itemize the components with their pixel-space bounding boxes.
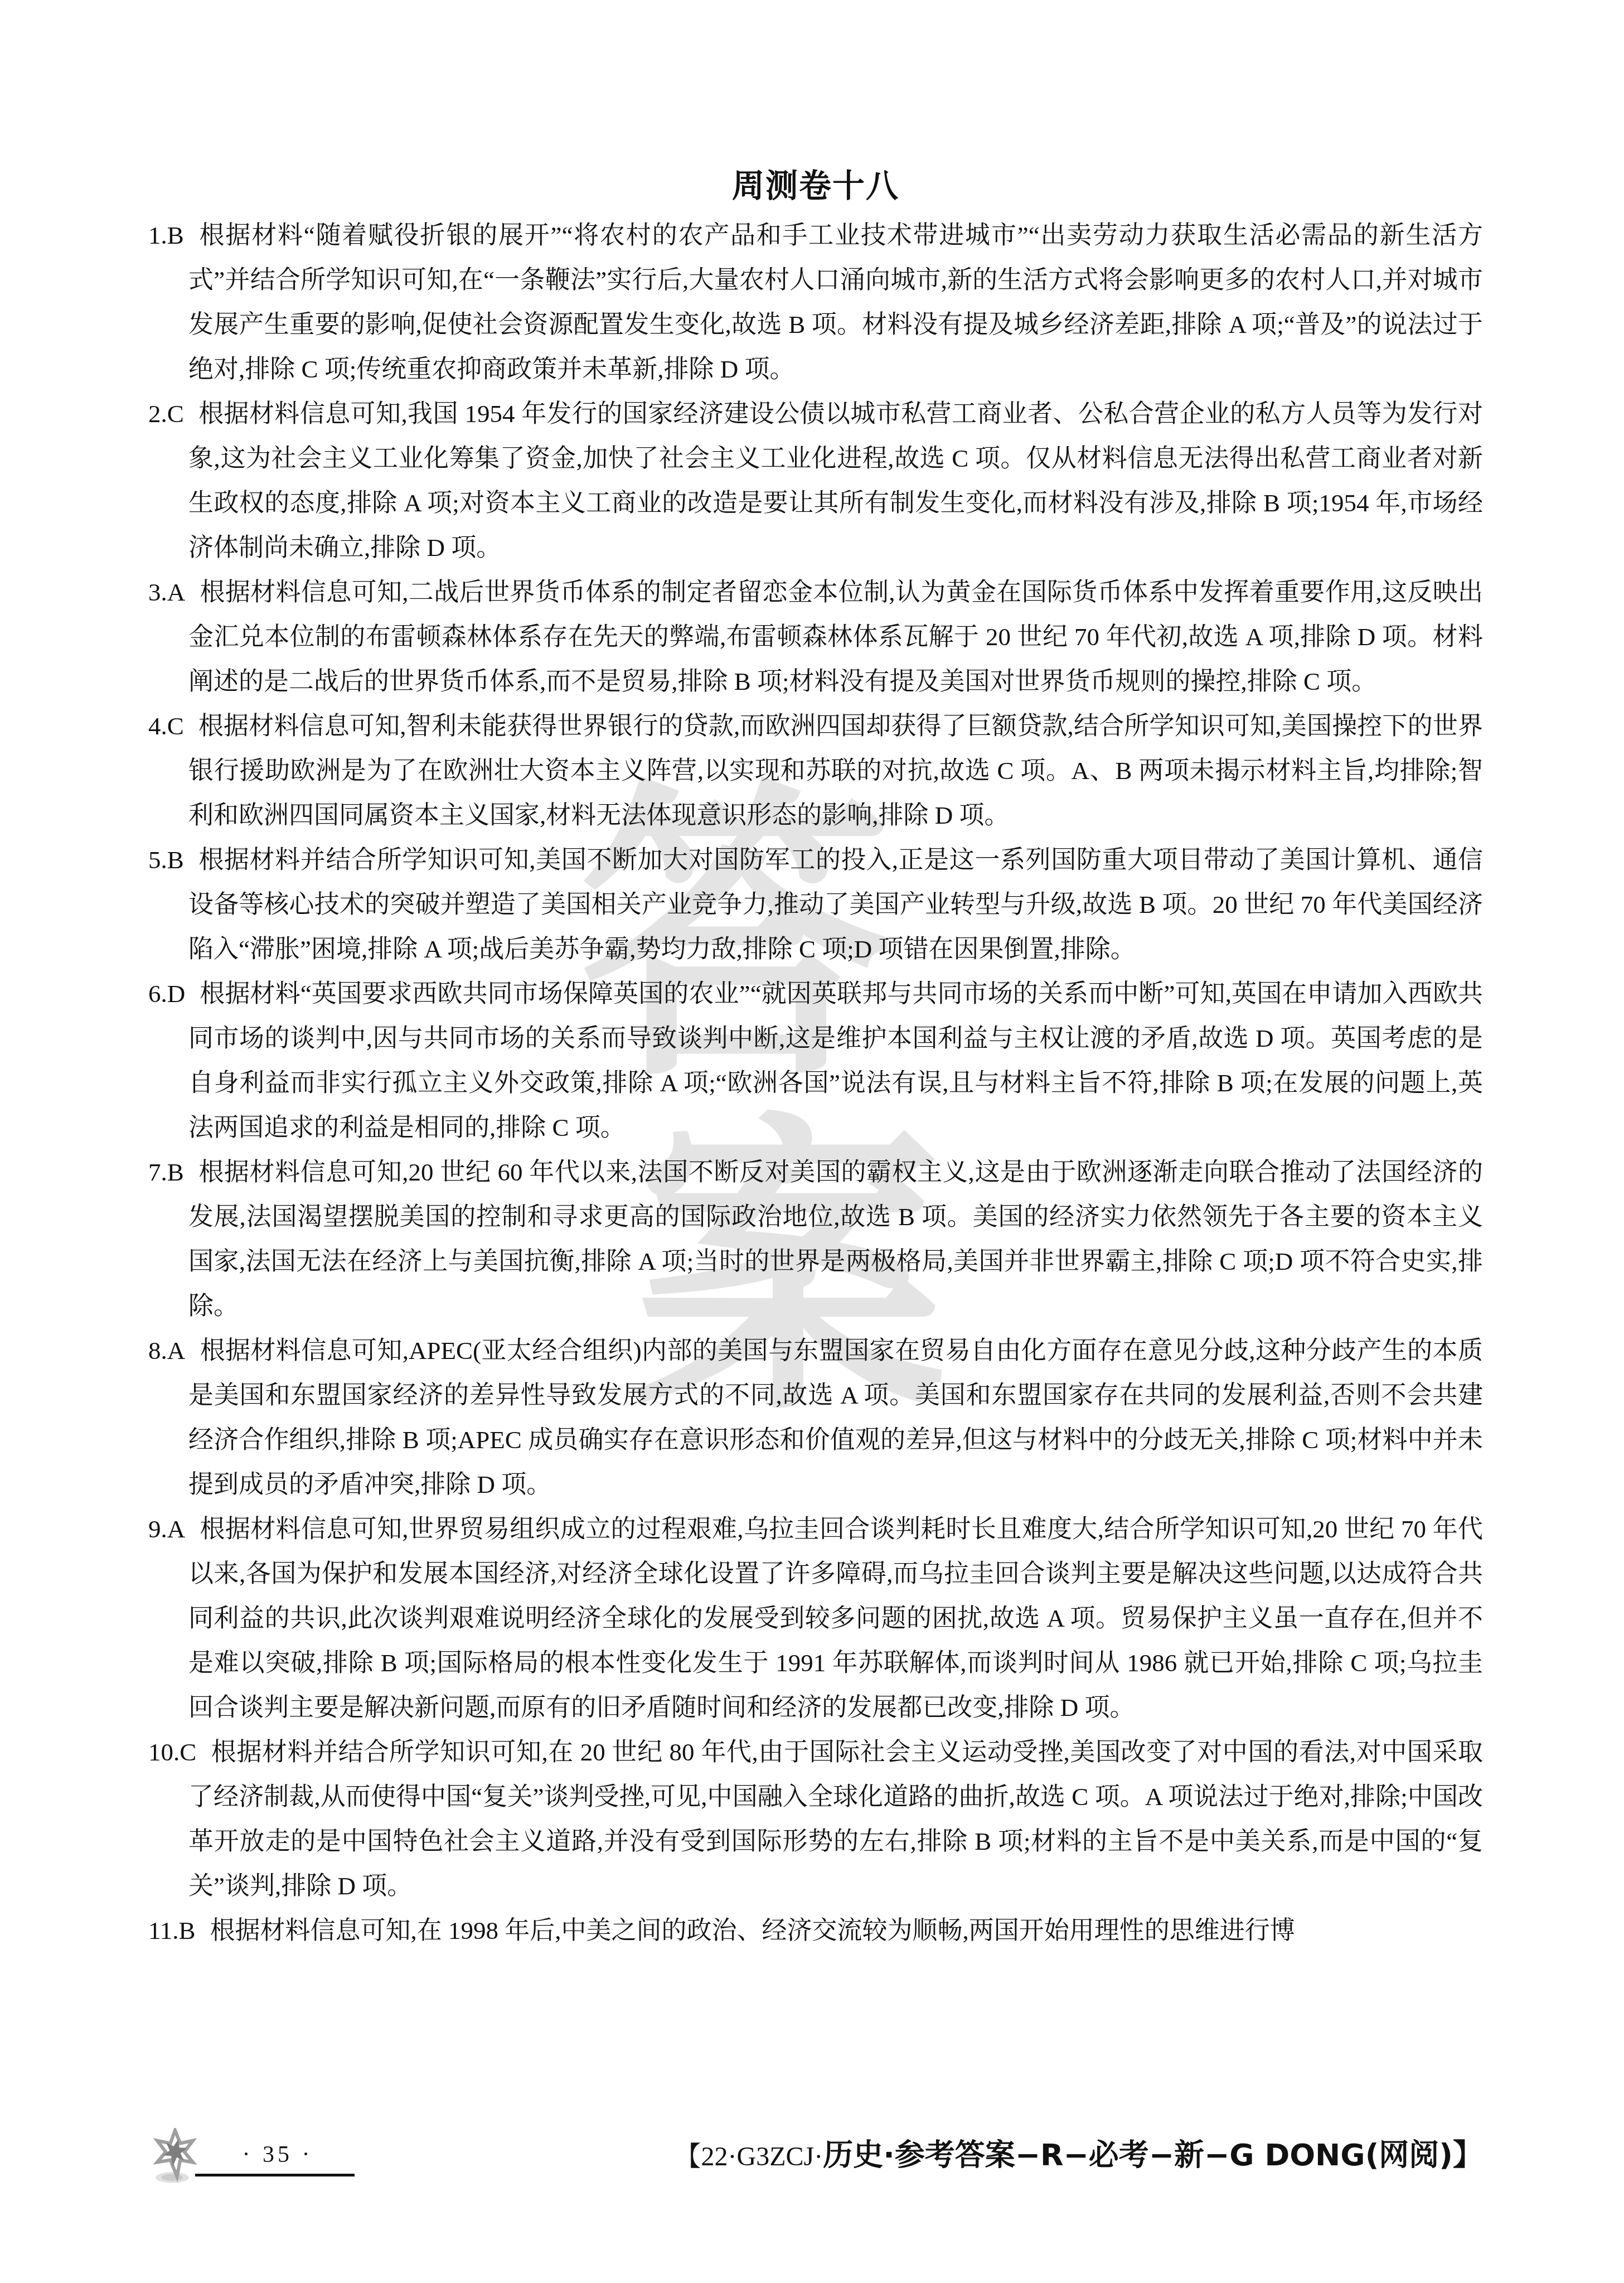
answer-item: 2.C根据材料信息可知,我国 1954 年发行的国家经济建设公债以城市私营工商业…: [148, 391, 1483, 570]
answer-number: 1.B: [148, 221, 184, 249]
answer-item: 4.C根据材料信息可知,智利未能获得世界银行的贷款,而欧洲四国却获得了巨额贷款,…: [148, 704, 1483, 838]
answer-item: 7.B根据材料信息可知,20 世纪 60 年代以来,法国不断反对美国的霸权主义,…: [148, 1150, 1483, 1328]
answer-item: 5.B根据材料并结合所学知识可知,美国不断加大对国防军工的投入,正是这一系列国防…: [148, 838, 1483, 971]
answer-item: 11.B根据材料信息可知,在 1998 年后,中美之间的政治、经济交流较为顺畅,…: [148, 1908, 1483, 1953]
answer-text: 根据材料“随着赋役折银的展开”“将农村的农产品和手工业技术带进城市”“出卖劳动力…: [188, 221, 1483, 383]
page-title: 周测卷十八: [148, 159, 1483, 206]
star-icon: [151, 2128, 200, 2184]
answer-text: 根据材料并结合所学知识可知,美国不断加大对国防军工的投入,正是这一系列国防重大项…: [188, 846, 1483, 963]
publication-code: 【22·G3ZCJ·: [675, 2142, 823, 2171]
answer-text: 根据材料信息可知,世界贸易组织成立的过程艰难,乌拉圭回合谈判耗时长且难度大,结合…: [188, 1515, 1483, 1721]
publication-title: 历史·参考答案−R−必考−新−G DONG(网阅)】: [823, 2137, 1483, 2173]
answer-item: 1.B根据材料“随着赋役折银的展开”“将农村的农产品和手工业技术带进城市”“出卖…: [148, 213, 1483, 391]
answer-text: 根据材料信息可知,我国 1954 年发行的国家经济建设公债以城市私营工商业者、公…: [188, 400, 1483, 562]
answer-text: 根据材料信息可知,二战后世界货币体系的制定者留恋金本位制,认为黄金在国际货币体系…: [188, 578, 1483, 695]
answer-item: 3.A根据材料信息可知,二战后世界货币体系的制定者留恋金本位制,认为黄金在国际货…: [148, 570, 1483, 704]
page-number: · 35 ·: [205, 2141, 350, 2168]
answer-item: 6.D根据材料“英国要求西欧共同市场保障英国的农业”“就因英联邦与共同市场的关系…: [148, 971, 1483, 1150]
answer-number: 2.C: [148, 400, 184, 428]
answer-number: 11.B: [148, 1917, 196, 1945]
answer-number: 3.A: [148, 578, 185, 606]
answer-text: 根据材料信息可知,20 世纪 60 年代以来,法国不断反对美国的霸权主义,这是由…: [188, 1158, 1483, 1320]
answer-text: 根据材料信息可知,智利未能获得世界银行的贷款,而欧洲四国却获得了巨额贷款,结合所…: [188, 712, 1483, 829]
answer-text: 根据材料“英国要求西欧共同市场保障英国的农业”“就因英联邦与共同市场的关系而中断…: [188, 980, 1483, 1141]
answer-number: 10.C: [148, 1738, 196, 1766]
answer-item: 10.C根据材料并结合所学知识可知,在 20 世纪 80 年代,由于国际社会主义…: [148, 1730, 1483, 1908]
answer-number: 7.B: [148, 1158, 184, 1186]
answer-number: 6.D: [148, 980, 185, 1008]
answer-number: 8.A: [148, 1337, 185, 1365]
publication-line: 【22·G3ZCJ·历史·参考答案−R−必考−新−G DONG(网阅)】: [390, 2131, 1483, 2174]
answer-text: 根据材料信息可知,在 1998 年后,中美之间的政治、经济交流较为顺畅,两国开始…: [210, 1917, 1295, 1945]
answer-number: 4.C: [148, 712, 184, 740]
answer-number: 5.B: [148, 846, 184, 874]
answer-number: 9.A: [148, 1515, 185, 1543]
answer-text: 根据材料信息可知,APEC(亚太经合组织)内部的美国与东盟国家在贸易自由化方面存…: [188, 1337, 1483, 1498]
answer-sheet-page: 答 案 周测卷十八 1.B根据材料“随着赋役折银的展开”“将农村的农产品和手工业…: [0, 0, 1624, 2283]
answer-list: 1.B根据材料“随着赋役折银的展开”“将农村的农产品和手工业技术带进城市”“出卖…: [148, 213, 1483, 1953]
footer-rule: [195, 2174, 355, 2176]
answer-text: 根据材料并结合所学知识可知,在 20 世纪 80 年代,由于国际社会主义运动受挫…: [188, 1738, 1483, 1900]
answer-item: 8.A根据材料信息可知,APEC(亚太经合组织)内部的美国与东盟国家在贸易自由化…: [148, 1328, 1483, 1507]
answer-item: 9.A根据材料信息可知,世界贸易组织成立的过程艰难,乌拉圭回合谈判耗时长且难度大…: [148, 1507, 1483, 1730]
